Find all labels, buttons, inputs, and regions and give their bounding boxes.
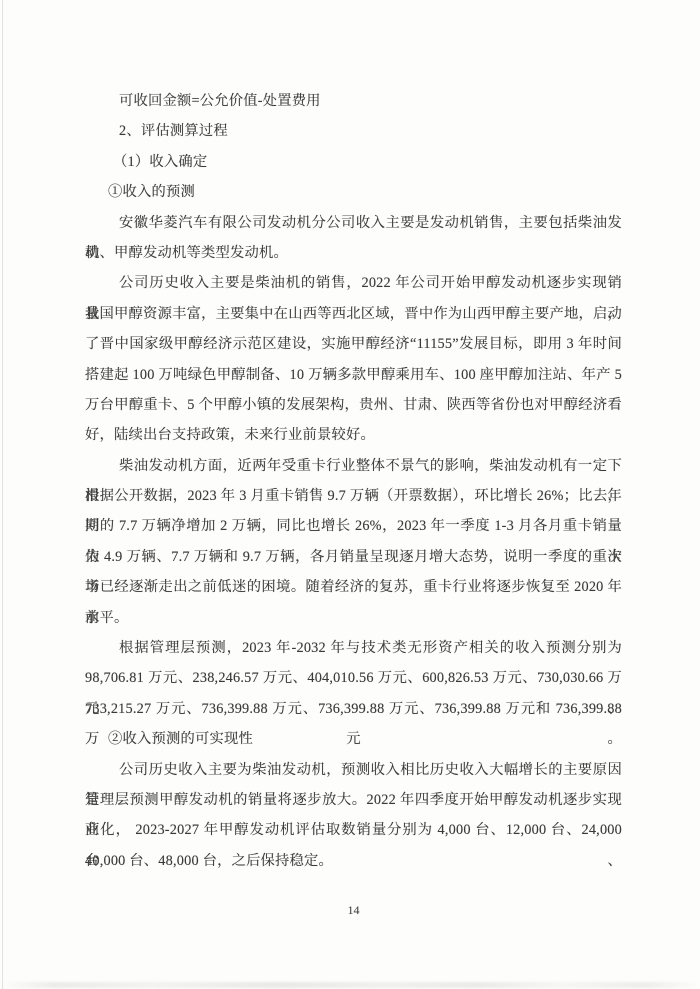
text-line: 业化， 2023-2027 年甲醇发动机评估取数销量分别为 4,000 台、12… [85, 815, 622, 845]
text-line: 水平。 [85, 603, 622, 633]
text-line: 搭建起 100 万吨绿色甲醇制备、10 万辆多款甲醇乘用车、100 座甲醇加注站… [85, 360, 622, 390]
text-line: 管理层预测甲醇发动机的销量将逐步放大。2022 年四季度开始甲醇发动机逐步实现商 [85, 785, 622, 815]
text-line: 期的 7.7 万辆净增加 2 万辆，同比也增长 26%，2023 年一季度 1-… [85, 511, 622, 541]
text-line: 98,706.81 万元、238,246.57 万元、404,010.56 万元… [85, 663, 622, 693]
subsection-heading: ①收入的预测 [85, 177, 622, 207]
text-line: 好，陆续出台支持政策，未来行业前景较好。 [85, 420, 622, 450]
section-heading: 2、评估测算过程 [85, 116, 622, 146]
page-number: 14 [85, 903, 622, 918]
text-line: 根据管理层预测，2023 年-2032 年与技术类无形资产相关的收入预测分别为 [85, 633, 622, 663]
text-line: 我国甲醇资源丰富，主要集中在山西等西北区域，晋中作为山西甲醇主要产地，启动 [85, 299, 622, 329]
text-line: 机、甲醇发动机等类型发动机。 [85, 238, 622, 268]
subsection-heading: （1）收入确定 [85, 147, 622, 177]
text-line: 根据公开数据，2023 年 3 月重卡销售 9.7 万辆（开票数据），环比增长 … [85, 481, 622, 511]
document-page: 可收回金额=公允价值-处置费用 2、评估测算过程 （1）收入确定 ①收入的预测 … [0, 0, 700, 989]
scan-artifact-bottom [0, 982, 700, 988]
text-line: 万台甲醇重卡、5 个甲醇小镇的发展架构，贵州、甘肃、陕西等省份也对甲醇经济看 [85, 390, 622, 420]
scan-artifact-left-edge [2, 0, 3, 989]
text-line: 柴油发动机方面，近两年受重卡行业整体不景气的影响，柴油发动机有一定下滑， [85, 451, 622, 481]
text-line: 公司历史收入主要是柴油机的销售，2022 年公司开始甲醇发动机逐步实现销量， [85, 268, 622, 298]
text-line: 公司历史收入主要为柴油发动机，预测收入相比历史收入大幅增长的主要原因是 [85, 755, 622, 785]
text-line: 733,215.27 万元、736,399.88 万元、736,399.88 万… [85, 694, 622, 724]
text-line: 场已经逐渐走出之前低迷的困境。随着经济的复苏，重卡行业将逐步恢复至 2020 年… [85, 572, 622, 602]
text-line: 了晋中国家级甲醇经济示范区建设，实施甲醇经济“11155”发展目标，即用 3 年… [85, 329, 622, 359]
text-line: 安徽华菱汽车有限公司发动机分公司收入主要是发动机销售，主要包括柴油发动 [85, 208, 622, 238]
text-line: 可收回金额=公允价值-处置费用 [85, 86, 622, 116]
text-line: 为 4.9 万辆、7.7 万辆和 9.7 万辆，各月销量呈现逐月增大态势，说明一… [85, 542, 622, 572]
